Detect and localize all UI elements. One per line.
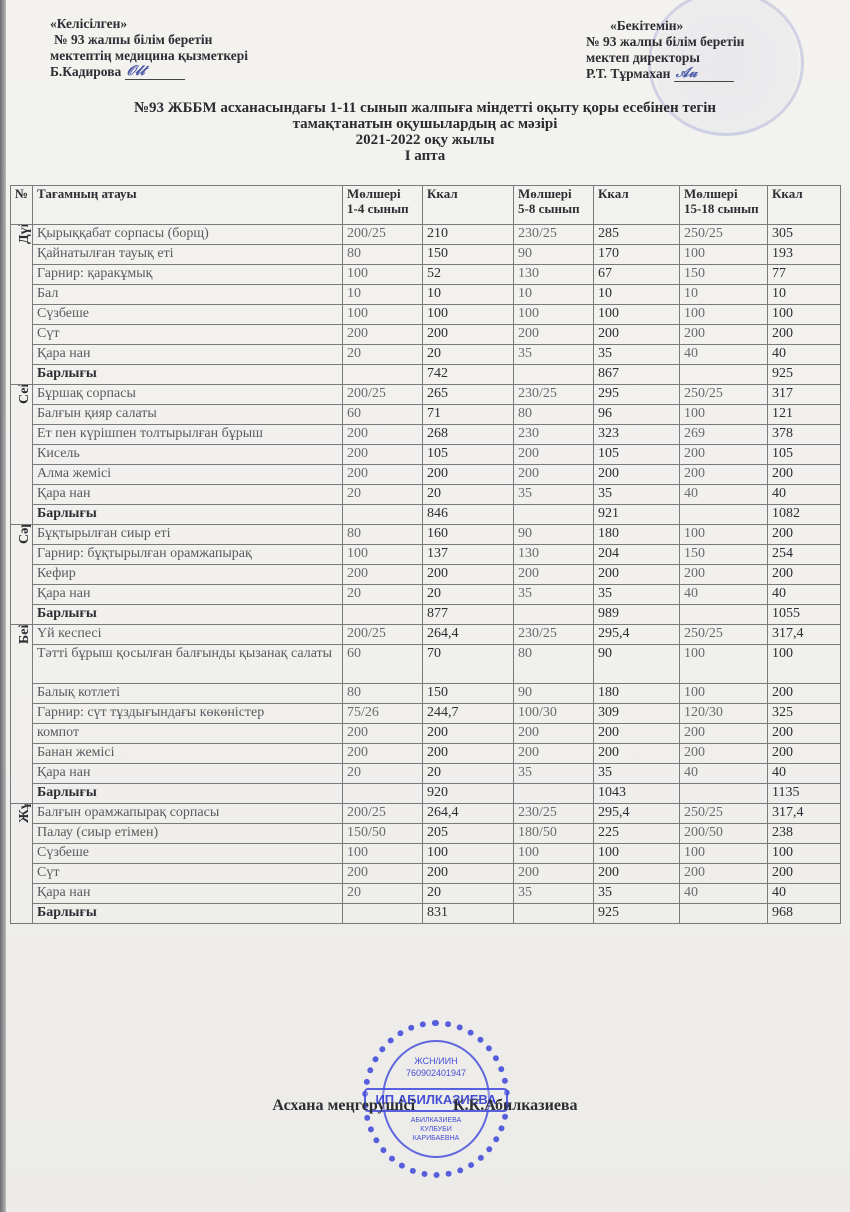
kcal-15-18: 77 bbox=[768, 265, 841, 285]
dish-name: Балғын қияр салаты bbox=[33, 405, 343, 425]
kcal-1-4: 264,4 bbox=[423, 625, 514, 645]
dish-name: Қара нан bbox=[33, 585, 343, 605]
total-kcal-1-4: 846 bbox=[423, 505, 514, 525]
dish-name: Алма жемісі bbox=[33, 465, 343, 485]
title-line: 2021-2022 оқу жылы bbox=[0, 132, 850, 148]
stamp-code-label: ЖСН/ИИН bbox=[368, 1056, 504, 1066]
amount-5-8: 200 bbox=[514, 465, 594, 485]
day-label: Сәрсенбі bbox=[11, 525, 33, 625]
kcal-5-8: 200 bbox=[594, 325, 680, 345]
approval-line: мектеп директоры bbox=[586, 50, 744, 66]
amount-15-18: 40 bbox=[680, 345, 768, 365]
total-empty bbox=[680, 605, 768, 625]
amount-5-8: 35 bbox=[514, 485, 594, 505]
approval-heading: «Бекітемін» bbox=[586, 18, 744, 34]
total-label: Барлығы bbox=[33, 505, 343, 525]
kcal-5-8: 200 bbox=[594, 724, 680, 744]
footer-signature: Асхана меңгерушісі К.К.Абилказиева bbox=[0, 1097, 850, 1115]
dish-name: Сүзбеше bbox=[33, 844, 343, 864]
amount-5-8: 230/25 bbox=[514, 385, 594, 405]
menu-body: ДүйсенбіҚырыққабат сорпасы (борщ)200/252… bbox=[11, 225, 841, 924]
menu-table: № Тағамның атауы Мөлшері1-4 сынып Ккал М… bbox=[10, 185, 841, 924]
amount-15-18: 40 bbox=[680, 884, 768, 904]
amount-15-18: 250/25 bbox=[680, 225, 768, 245]
amount-5-8: 200 bbox=[514, 445, 594, 465]
amount-5-8: 35 bbox=[514, 884, 594, 904]
amount-5-8: 35 bbox=[514, 764, 594, 784]
total-empty bbox=[514, 365, 594, 385]
kcal-5-8: 295,4 bbox=[594, 804, 680, 824]
day-label: Бейсенбі bbox=[11, 625, 33, 804]
table-row: Бал101010101010 bbox=[11, 285, 841, 305]
amount-5-8: 200 bbox=[514, 565, 594, 585]
approval-line: мектептің медицина қызметкері bbox=[50, 48, 248, 64]
kcal-1-4: 200 bbox=[423, 864, 514, 884]
kcal-1-4: 20 bbox=[423, 585, 514, 605]
dish-name: Бал bbox=[33, 285, 343, 305]
dish-name: Сүзбеше bbox=[33, 305, 343, 325]
header-amount-15-18: Мөлшері15-18 сынып bbox=[680, 186, 768, 225]
amount-15-18: 200 bbox=[680, 565, 768, 585]
kcal-1-4: 200 bbox=[423, 744, 514, 764]
amount-1-4: 200 bbox=[343, 325, 423, 345]
kcal-5-8: 170 bbox=[594, 245, 680, 265]
dish-name: Үй кеспесі bbox=[33, 625, 343, 645]
amount-1-4: 20 bbox=[343, 585, 423, 605]
amount-15-18: 200 bbox=[680, 465, 768, 485]
kcal-15-18: 200 bbox=[768, 684, 841, 704]
amount-15-18: 200 bbox=[680, 445, 768, 465]
kcal-5-8: 105 bbox=[594, 445, 680, 465]
kcal-5-8: 200 bbox=[594, 465, 680, 485]
amount-5-8: 90 bbox=[514, 525, 594, 545]
amount-1-4: 200 bbox=[343, 465, 423, 485]
table-row: Алма жемісі200200200200200200 bbox=[11, 465, 841, 485]
kcal-5-8: 96 bbox=[594, 405, 680, 425]
amount-15-18: 150 bbox=[680, 265, 768, 285]
kcal-5-8: 100 bbox=[594, 844, 680, 864]
table-row: Қайнатылған тауық еті8015090170100193 bbox=[11, 245, 841, 265]
amount-15-18: 250/25 bbox=[680, 804, 768, 824]
total-kcal-15-18: 1055 bbox=[768, 605, 841, 625]
amount-15-18: 200 bbox=[680, 724, 768, 744]
kcal-15-18: 40 bbox=[768, 764, 841, 784]
amount-1-4: 80 bbox=[343, 525, 423, 545]
total-kcal-15-18: 1135 bbox=[768, 784, 841, 804]
document-title: №93 ЖББМ асханасындағы 1-11 сынып жалпығ… bbox=[0, 100, 850, 164]
kcal-1-4: 20 bbox=[423, 485, 514, 505]
kcal-1-4: 150 bbox=[423, 245, 514, 265]
dish-name: Сүт bbox=[33, 864, 343, 884]
amount-1-4: 60 bbox=[343, 645, 423, 684]
kcal-15-18: 238 bbox=[768, 824, 841, 844]
stamp-code: 760902401947 bbox=[368, 1068, 504, 1078]
amount-1-4: 20 bbox=[343, 345, 423, 365]
header-amount-1-4: Мөлшері1-4 сынып bbox=[343, 186, 423, 225]
total-empty bbox=[680, 365, 768, 385]
table-row: компот200200200200200200 bbox=[11, 724, 841, 744]
amount-1-4: 100 bbox=[343, 844, 423, 864]
amount-1-4: 200 bbox=[343, 744, 423, 764]
approval-approved-block: «Бекітемін» № 93 жалпы білім беретін мек… bbox=[586, 18, 744, 82]
table-row: Қара нан202035354040 bbox=[11, 585, 841, 605]
header-kcal: Ккал bbox=[768, 186, 841, 225]
amount-5-8: 90 bbox=[514, 684, 594, 704]
total-label: Барлығы bbox=[33, 904, 343, 924]
kcal-5-8: 225 bbox=[594, 824, 680, 844]
table-row: Сүт200200200200200200 bbox=[11, 864, 841, 884]
table-row: Гарнир: бұқтырылған орамжапырақ100137130… bbox=[11, 545, 841, 565]
kcal-15-18: 317,4 bbox=[768, 625, 841, 645]
table-row: БейсенбіҮй кеспесі200/25264,4230/25295,4… bbox=[11, 625, 841, 645]
kcal-1-4: 20 bbox=[423, 884, 514, 904]
total-kcal-5-8: 867 bbox=[594, 365, 680, 385]
table-row: Балғын қияр салаты60718096100121 bbox=[11, 405, 841, 425]
kcal-15-18: 10 bbox=[768, 285, 841, 305]
title-line: тамақтанатын оқушылардың ас мәзірі bbox=[0, 116, 850, 132]
kcal-5-8: 10 bbox=[594, 285, 680, 305]
amount-5-8: 230/25 bbox=[514, 804, 594, 824]
kcal-15-18: 105 bbox=[768, 445, 841, 465]
footer-signer: К.К.Абилказиева bbox=[453, 1097, 578, 1114]
amount-5-8: 200 bbox=[514, 864, 594, 884]
total-kcal-5-8: 921 bbox=[594, 505, 680, 525]
kcal-5-8: 35 bbox=[594, 485, 680, 505]
total-kcal-1-4: 831 bbox=[423, 904, 514, 924]
kcal-5-8: 295,4 bbox=[594, 625, 680, 645]
dish-name: Гарнир: қаракұмық bbox=[33, 265, 343, 285]
kcal-15-18: 40 bbox=[768, 884, 841, 904]
table-row: Гарнир: қаракұмық100521306715077 bbox=[11, 265, 841, 285]
title-line: №93 ЖББМ асханасындағы 1-11 сынып жалпығ… bbox=[0, 100, 850, 116]
amount-1-4: 150/50 bbox=[343, 824, 423, 844]
kcal-1-4: 100 bbox=[423, 844, 514, 864]
amount-15-18: 100 bbox=[680, 305, 768, 325]
kcal-15-18: 200 bbox=[768, 465, 841, 485]
kcal-5-8: 90 bbox=[594, 645, 680, 684]
amount-15-18: 10 bbox=[680, 285, 768, 305]
total-row: Барлығы8469211082 bbox=[11, 505, 841, 525]
title-line: I апта bbox=[0, 148, 850, 164]
total-kcal-15-18: 968 bbox=[768, 904, 841, 924]
kcal-1-4: 52 bbox=[423, 265, 514, 285]
header-kcal: Ккал bbox=[423, 186, 514, 225]
approval-signer: Б.Кадирова bbox=[50, 64, 121, 79]
kcal-15-18: 40 bbox=[768, 485, 841, 505]
kcal-15-18: 200 bbox=[768, 325, 841, 345]
kcal-15-18: 193 bbox=[768, 245, 841, 265]
stamp-name: КАРИБАЕВНА bbox=[368, 1134, 504, 1144]
amount-15-18: 200 bbox=[680, 325, 768, 345]
amount-1-4: 80 bbox=[343, 245, 423, 265]
amount-15-18: 269 bbox=[680, 425, 768, 445]
amount-15-18: 100 bbox=[680, 525, 768, 545]
amount-5-8: 200 bbox=[514, 744, 594, 764]
dish-name: Қырыққабат сорпасы (борщ) bbox=[33, 225, 343, 245]
amount-1-4: 200 bbox=[343, 724, 423, 744]
dish-name: Банан жемісі bbox=[33, 744, 343, 764]
approval-line: № 93 жалпы білім беретін bbox=[50, 32, 248, 48]
amount-5-8: 180/50 bbox=[514, 824, 594, 844]
kcal-5-8: 323 bbox=[594, 425, 680, 445]
amount-5-8: 230 bbox=[514, 425, 594, 445]
total-empty bbox=[514, 904, 594, 924]
amount-15-18: 40 bbox=[680, 485, 768, 505]
table-row: Сүзбеше100100100100100100 bbox=[11, 305, 841, 325]
kcal-1-4: 71 bbox=[423, 405, 514, 425]
amount-1-4: 100 bbox=[343, 305, 423, 325]
kcal-1-4: 10 bbox=[423, 285, 514, 305]
table-header-row: № Тағамның атауы Мөлшері1-4 сынып Ккал М… bbox=[11, 186, 841, 225]
table-row: Сүзбеше100100100100100100 bbox=[11, 844, 841, 864]
total-label: Барлығы bbox=[33, 784, 343, 804]
approval-line: № 93 жалпы білім беретін bbox=[586, 34, 744, 50]
kcal-5-8: 35 bbox=[594, 585, 680, 605]
amount-1-4: 200/25 bbox=[343, 804, 423, 824]
amount-1-4: 200/25 bbox=[343, 225, 423, 245]
table-row: Қара нан202035354040 bbox=[11, 345, 841, 365]
kcal-1-4: 244,7 bbox=[423, 704, 514, 724]
total-kcal-15-18: 1082 bbox=[768, 505, 841, 525]
dish-name: Балық котлеті bbox=[33, 684, 343, 704]
amount-1-4: 20 bbox=[343, 764, 423, 784]
amount-1-4: 200/25 bbox=[343, 385, 423, 405]
amount-15-18: 100 bbox=[680, 684, 768, 704]
kcal-15-18: 100 bbox=[768, 645, 841, 684]
kcal-5-8: 200 bbox=[594, 864, 680, 884]
kcal-5-8: 285 bbox=[594, 225, 680, 245]
amount-1-4: 20 bbox=[343, 485, 423, 505]
kcal-15-18: 200 bbox=[768, 565, 841, 585]
kcal-1-4: 210 bbox=[423, 225, 514, 245]
table-row: Гарнир: сүт тұздығындағы көкөністер75/26… bbox=[11, 704, 841, 724]
table-row: Тәтті бұрыш қосылған балғынды қызанақ са… bbox=[11, 645, 841, 684]
table-row: СәрсенбіБұқтырылған сиыр еті801609018010… bbox=[11, 525, 841, 545]
total-kcal-5-8: 1043 bbox=[594, 784, 680, 804]
kcal-5-8: 204 bbox=[594, 545, 680, 565]
amount-5-8: 100 bbox=[514, 844, 594, 864]
kcal-1-4: 105 bbox=[423, 445, 514, 465]
dish-name: Қара нан bbox=[33, 485, 343, 505]
approval-heading: «Келісілген» bbox=[50, 16, 248, 32]
dish-name: Қара нан bbox=[33, 764, 343, 784]
amount-5-8: 230/25 bbox=[514, 225, 594, 245]
kcal-1-4: 200 bbox=[423, 565, 514, 585]
table-row: Ет пен күрішпен толтырылған бұрыш2002682… bbox=[11, 425, 841, 445]
table-row: Қара нан202035354040 bbox=[11, 485, 841, 505]
kcal-1-4: 70 bbox=[423, 645, 514, 684]
table-row: СейсенбіБұршақ сорпасы200/25265230/25295… bbox=[11, 385, 841, 405]
kcal-5-8: 309 bbox=[594, 704, 680, 724]
amount-1-4: 20 bbox=[343, 884, 423, 904]
amount-1-4: 200 bbox=[343, 864, 423, 884]
amount-5-8: 35 bbox=[514, 345, 594, 365]
amount-15-18: 100 bbox=[680, 245, 768, 265]
day-label: Жұма bbox=[11, 804, 33, 924]
amount-15-18: 100 bbox=[680, 844, 768, 864]
dish-name: Тәтті бұрыш қосылған балғынды қызанақ са… bbox=[33, 645, 343, 684]
total-empty bbox=[514, 505, 594, 525]
kcal-15-18: 40 bbox=[768, 345, 841, 365]
amount-15-18: 100 bbox=[680, 405, 768, 425]
kcal-1-4: 137 bbox=[423, 545, 514, 565]
amount-5-8: 200 bbox=[514, 724, 594, 744]
kcal-1-4: 200 bbox=[423, 325, 514, 345]
table-row: Кефир200200200200200200 bbox=[11, 565, 841, 585]
dish-name: Кисель bbox=[33, 445, 343, 465]
kcal-1-4: 264,4 bbox=[423, 804, 514, 824]
table-row: ДүйсенбіҚырыққабат сорпасы (борщ)200/252… bbox=[11, 225, 841, 245]
kcal-15-18: 100 bbox=[768, 844, 841, 864]
kcal-15-18: 200 bbox=[768, 864, 841, 884]
amount-1-4: 200/25 bbox=[343, 625, 423, 645]
dish-name: Бұршақ сорпасы bbox=[33, 385, 343, 405]
kcal-15-18: 325 bbox=[768, 704, 841, 724]
kcal-15-18: 317 bbox=[768, 385, 841, 405]
kcal-5-8: 35 bbox=[594, 884, 680, 904]
dish-name: Ет пен күрішпен толтырылған бұрыш bbox=[33, 425, 343, 445]
total-label: Барлығы bbox=[33, 365, 343, 385]
kcal-1-4: 200 bbox=[423, 724, 514, 744]
approval-agreed-block: «Келісілген» № 93 жалпы білім беретін ме… bbox=[50, 16, 248, 80]
total-row: Барлығы831925968 bbox=[11, 904, 841, 924]
header-dish: Тағамның атауы bbox=[33, 186, 343, 225]
total-row: Барлығы742867925 bbox=[11, 365, 841, 385]
table-row: Кисель200105200105200105 bbox=[11, 445, 841, 465]
amount-5-8: 200 bbox=[514, 325, 594, 345]
kcal-15-18: 305 bbox=[768, 225, 841, 245]
total-empty bbox=[514, 784, 594, 804]
total-empty bbox=[343, 365, 423, 385]
signature-mark: 𝒜𝓊 bbox=[676, 65, 697, 81]
total-empty bbox=[680, 505, 768, 525]
total-kcal-5-8: 989 bbox=[594, 605, 680, 625]
kcal-5-8: 180 bbox=[594, 525, 680, 545]
amount-15-18: 120/30 bbox=[680, 704, 768, 724]
kcal-1-4: 150 bbox=[423, 684, 514, 704]
dish-name: Бұқтырылған сиыр еті bbox=[33, 525, 343, 545]
kcal-5-8: 100 bbox=[594, 305, 680, 325]
table-row: ЖұмаБалғын орамжапырақ сорпасы200/25264,… bbox=[11, 804, 841, 824]
signature-line: 𝒪𝓁𝓉 bbox=[125, 67, 185, 80]
amount-15-18: 40 bbox=[680, 585, 768, 605]
kcal-1-4: 200 bbox=[423, 465, 514, 485]
amount-5-8: 130 bbox=[514, 265, 594, 285]
dish-name: Қайнатылған тауық еті bbox=[33, 245, 343, 265]
amount-1-4: 200 bbox=[343, 425, 423, 445]
total-kcal-1-4: 877 bbox=[423, 605, 514, 625]
table-row: Банан жемісі200200200200200200 bbox=[11, 744, 841, 764]
kcal-15-18: 121 bbox=[768, 405, 841, 425]
dish-name: Сүт bbox=[33, 325, 343, 345]
kcal-15-18: 100 bbox=[768, 305, 841, 325]
dish-name: Гарнир: сүт тұздығындағы көкөністер bbox=[33, 704, 343, 724]
total-kcal-1-4: 920 bbox=[423, 784, 514, 804]
amount-15-18: 200 bbox=[680, 744, 768, 764]
kcal-5-8: 35 bbox=[594, 764, 680, 784]
amount-5-8: 90 bbox=[514, 245, 594, 265]
amount-1-4: 200 bbox=[343, 565, 423, 585]
dish-name: компот bbox=[33, 724, 343, 744]
amount-5-8: 80 bbox=[514, 645, 594, 684]
kcal-15-18: 200 bbox=[768, 724, 841, 744]
total-kcal-1-4: 742 bbox=[423, 365, 514, 385]
amount-1-4: 80 bbox=[343, 684, 423, 704]
table-row: Балық котлеті8015090180100200 bbox=[11, 684, 841, 704]
amount-5-8: 80 bbox=[514, 405, 594, 425]
amount-15-18: 200 bbox=[680, 864, 768, 884]
kcal-5-8: 67 bbox=[594, 265, 680, 285]
kcal-1-4: 268 bbox=[423, 425, 514, 445]
dish-name: Палау (сиыр етімен) bbox=[33, 824, 343, 844]
table-row: Қара нан202035354040 bbox=[11, 884, 841, 904]
kcal-5-8: 200 bbox=[594, 744, 680, 764]
amount-15-18: 40 bbox=[680, 764, 768, 784]
amount-1-4: 60 bbox=[343, 405, 423, 425]
kcal-5-8: 180 bbox=[594, 684, 680, 704]
kcal-1-4: 20 bbox=[423, 764, 514, 784]
kcal-15-18: 40 bbox=[768, 585, 841, 605]
header-amount-5-8: Мөлшері5-8 сынып bbox=[514, 186, 594, 225]
amount-15-18: 200/50 bbox=[680, 824, 768, 844]
amount-15-18: 100 bbox=[680, 645, 768, 684]
table-row: Қара нан202035354040 bbox=[11, 764, 841, 784]
header-num: № bbox=[11, 186, 33, 225]
total-kcal-15-18: 925 bbox=[768, 365, 841, 385]
dish-name: Кефир bbox=[33, 565, 343, 585]
kcal-5-8: 295 bbox=[594, 385, 680, 405]
table-row: Палау (сиыр етімен)150/50205180/50225200… bbox=[11, 824, 841, 844]
total-kcal-5-8: 925 bbox=[594, 904, 680, 924]
dish-name: Қара нан bbox=[33, 345, 343, 365]
dish-name: Балғын орамжапырақ сорпасы bbox=[33, 804, 343, 824]
total-empty bbox=[343, 784, 423, 804]
total-empty bbox=[680, 904, 768, 924]
total-empty bbox=[514, 605, 594, 625]
approval-signer: Р.Т. Тұрмахан bbox=[586, 66, 670, 81]
kcal-1-4: 205 bbox=[423, 824, 514, 844]
kcal-1-4: 100 bbox=[423, 305, 514, 325]
header-kcal: Ккал bbox=[594, 186, 680, 225]
kcal-15-18: 317,4 bbox=[768, 804, 841, 824]
kcal-1-4: 160 bbox=[423, 525, 514, 545]
amount-1-4: 10 bbox=[343, 285, 423, 305]
amount-5-8: 100/30 bbox=[514, 704, 594, 724]
amount-1-4: 75/26 bbox=[343, 704, 423, 724]
signature-line: 𝒜𝓊 bbox=[674, 69, 734, 82]
total-empty bbox=[343, 605, 423, 625]
amount-5-8: 100 bbox=[514, 305, 594, 325]
footer-role: Асхана меңгерушісі bbox=[272, 1097, 415, 1114]
amount-1-4: 200 bbox=[343, 445, 423, 465]
kcal-15-18: 254 bbox=[768, 545, 841, 565]
total-label: Барлығы bbox=[33, 605, 343, 625]
amount-15-18: 250/25 bbox=[680, 625, 768, 645]
kcal-1-4: 20 bbox=[423, 345, 514, 365]
total-empty bbox=[343, 904, 423, 924]
total-row: Барлығы92010431135 bbox=[11, 784, 841, 804]
kcal-15-18: 200 bbox=[768, 744, 841, 764]
amount-5-8: 35 bbox=[514, 585, 594, 605]
amount-5-8: 130 bbox=[514, 545, 594, 565]
amount-5-8: 230/25 bbox=[514, 625, 594, 645]
kcal-1-4: 265 bbox=[423, 385, 514, 405]
kcal-15-18: 200 bbox=[768, 525, 841, 545]
total-empty bbox=[343, 505, 423, 525]
amount-1-4: 100 bbox=[343, 265, 423, 285]
amount-5-8: 10 bbox=[514, 285, 594, 305]
day-label: Дүйсенбі bbox=[11, 225, 33, 385]
